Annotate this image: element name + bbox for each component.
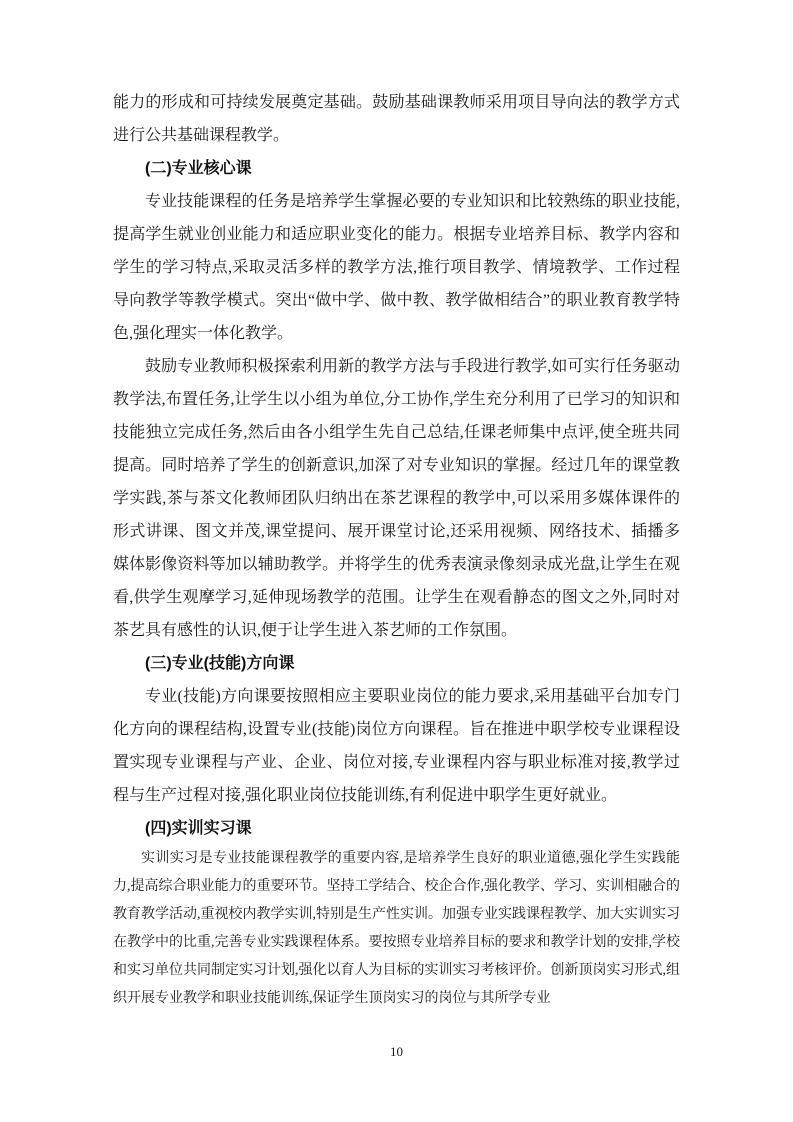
- paragraph-continuation: 能力的形成和可持续发展奠定基础。鼓励基础课教师采用项目导向法的教学方式进行公共基…: [113, 86, 680, 152]
- paragraph: 专业技能课程的任务是培养学生掌握必要的专业知识和比较熟练的职业技能,提高学生就业…: [113, 185, 680, 350]
- paragraph-small: 实训实习是专业技能课程教学的重要内容,是培养学生良好的职业道德,强化学生实践能力…: [113, 845, 680, 1013]
- page-footer: 10: [0, 1042, 793, 1062]
- paragraph: 鼓励专业教师积极探索利用新的教学方法与手段进行教学,如可实行任务驱动教学法,布置…: [113, 350, 680, 647]
- paragraph: 专业(技能)方向课要按照相应主要职业岗位的能力要求,采用基础平台加专门化方向的课…: [113, 680, 680, 812]
- section-heading-skill-direction-courses: (三)专业(技能)方向课: [113, 647, 680, 680]
- section-heading-core-courses: (二)专业核心课: [113, 152, 680, 185]
- document-page: 能力的形成和可持续发展奠定基础。鼓励基础课教师采用项目导向法的教学方式进行公共基…: [0, 0, 793, 1122]
- section-heading-practical-training-courses: (四)实训实习课: [113, 812, 680, 845]
- document-content: 能力的形成和可持续发展奠定基础。鼓励基础课教师采用项目导向法的教学方式进行公共基…: [113, 86, 680, 1013]
- page-number: 10: [390, 1044, 403, 1059]
